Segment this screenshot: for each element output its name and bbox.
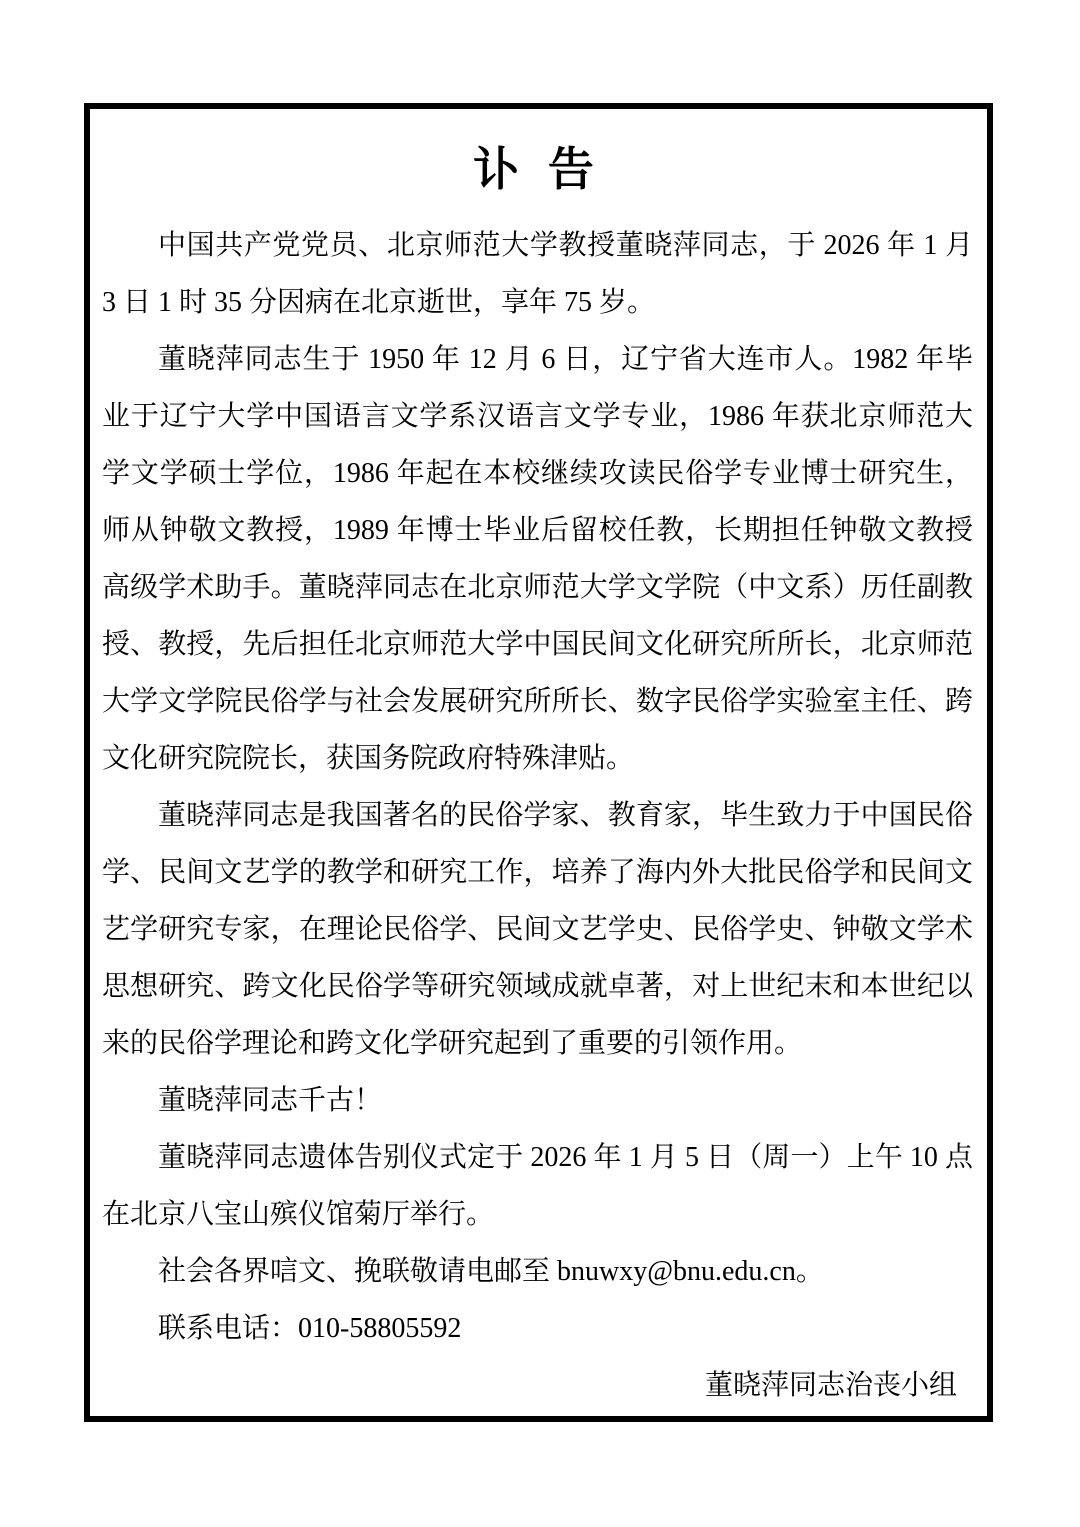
paragraph-achievements: 董晓萍同志是我国著名的民俗学家、教育家，毕生致力于中国民俗学、民间文艺学的教学和… bbox=[102, 787, 973, 1072]
notice-frame: 讣 告 中国共产党党员、北京师范大学教授董晓萍同志，于 2026 年 1 月 3… bbox=[84, 103, 993, 1422]
notice-date: 2026 年 1 月 3 日 bbox=[102, 1414, 973, 1422]
paragraph-contact-phone: 联系电话：010-58805592 bbox=[102, 1300, 973, 1357]
paragraph-condolence-email: 社会各界唁文、挽联敬请电邮至 bnuwxy@bnu.edu.cn。 bbox=[102, 1243, 973, 1300]
paragraph-biography: 董晓萍同志生于 1950 年 12 月 6 日，辽宁省大连市人。1982 年毕业… bbox=[102, 331, 973, 787]
paragraph-farewell-ceremony: 董晓萍同志遗体告别仪式定于 2026 年 1 月 5 日（周一）上午 10 点在… bbox=[102, 1129, 973, 1243]
paragraph-tribute: 董晓萍同志千古！ bbox=[102, 1072, 973, 1129]
page: 讣 告 中国共产党党员、北京师范大学教授董晓萍同志，于 2026 年 1 月 3… bbox=[0, 0, 1080, 1527]
paragraph-death-announcement: 中国共产党党员、北京师范大学教授董晓萍同志，于 2026 年 1 月 3 日 1… bbox=[102, 217, 973, 331]
signature-funeral-committee: 董晓萍同志治丧小组 bbox=[102, 1357, 973, 1414]
notice-title: 讣 告 bbox=[102, 143, 973, 195]
